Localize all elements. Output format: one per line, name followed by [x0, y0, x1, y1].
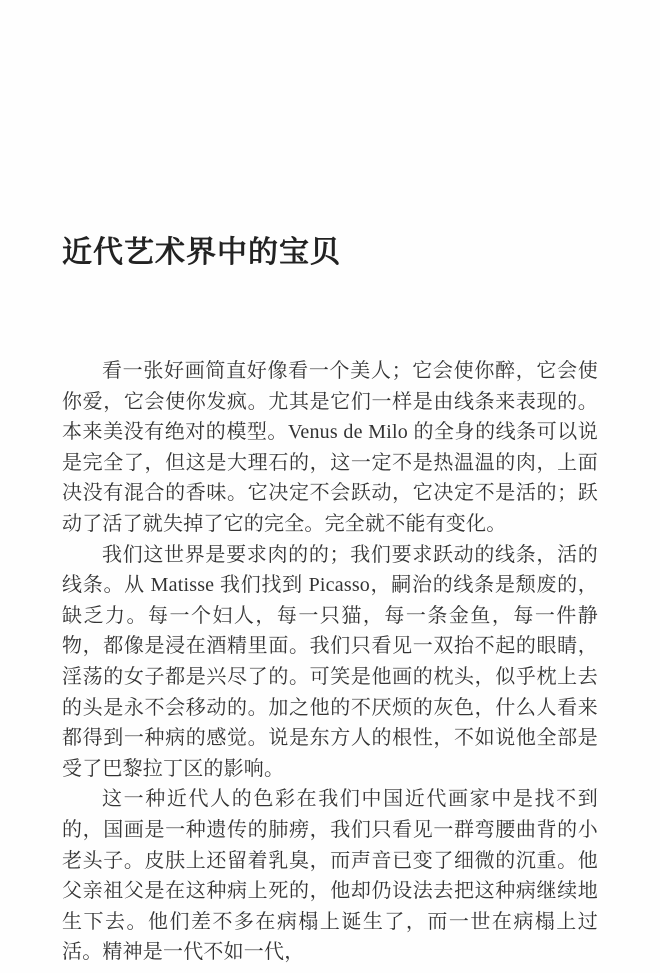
text-block: 看一张好画简直好像看一个美人；它会使你醉，它会使你爱，它会使你发疯。尤其是它们一… — [62, 356, 598, 968]
paragraph: 我们这世界是要求肉的的；我们要求跃动的线条，活的线条。从 Matisse 我们找… — [62, 540, 598, 785]
paragraph: 这一种近代人的色彩在我们中国近代画家中是找不到的，国画是一种遗传的肺痨，我们只看… — [62, 784, 598, 968]
book-page: 近代艺术界中的宝贝 看一张好画简直好像看一个美人；它会使你醉，它会使你爱，它会使… — [0, 0, 660, 973]
paragraph: 看一张好画简直好像看一个美人；它会使你醉，它会使你爱，它会使你发疯。尤其是它们一… — [62, 356, 598, 540]
page-title: 近代艺术界中的宝贝 — [62, 234, 598, 272]
